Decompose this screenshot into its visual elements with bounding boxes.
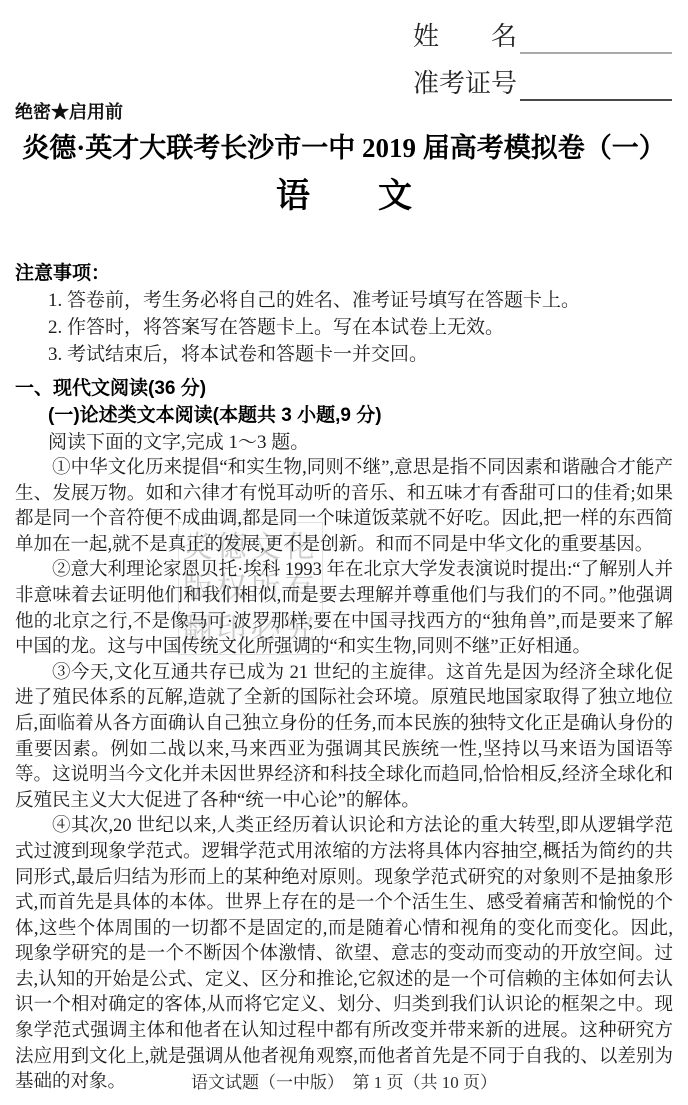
notice-heading: 注意事项： [15, 260, 673, 287]
passage-intro: 阅读下面的文字,完成 1～3 题。 [15, 429, 673, 456]
passage-paragraph-1: ①中华文化历来提倡“和实生物,同则不继”,意思是指不同因素和谐融合才能产生、发展… [15, 456, 673, 558]
passage-paragraph-3: ③今天,文化互通共存已成为 21 世纪的主旋律。这首先是因为经济全球化促进了殖民… [15, 661, 673, 815]
ticket-field-row: 准考证号 [413, 61, 672, 101]
ticket-field-label: 准考证号 [413, 67, 517, 101]
subject-title: 语 文 [0, 168, 688, 217]
passage-paragraph-2: ②意大利理论家恩贝托·埃科 1993 年在北京大学发表演说时提出:“了解别人并非… [15, 558, 673, 660]
name-fill-line [520, 22, 672, 54]
notice-item-3: 3. 考试结束后，将本试卷和答题卡一并交回。 [15, 341, 673, 368]
exam-paper-page: 炎德文化 版权所有 翻印必究 姓 名 准考证号 绝密★启用前 炎德·英才大联考长… [0, 0, 688, 1105]
reading-passage: ①中华文化历来提倡“和实生物,同则不继”,意思是指不同因素和谐融合才能产生、发展… [15, 456, 673, 1096]
passage-paragraph-4: ④其次,20 世纪以来,人类正经历着认识论和方法论的重大转型,即从逻辑学范式过渡… [15, 814, 673, 1096]
footer-page-info: 语文试题（一中版） 第 1 页（共 10 页） [0, 1068, 688, 1093]
candidate-info-fields: 姓 名 准考证号 [413, 14, 672, 108]
ticket-fill-line [520, 69, 672, 101]
name-field-row: 姓 名 [413, 14, 672, 54]
notice-item-2: 2. 作答时，将答案写在答题卡上。写在本试卷上无效。 [15, 314, 673, 341]
section-heading: 一、现代文阅读(36 分) [15, 375, 673, 402]
name-field-label: 姓 名 [413, 20, 517, 54]
exam-title: 炎德·英才大联考长沙市一中 2019 届高考模拟卷（一） [0, 126, 688, 165]
content-column: 注意事项： 1. 答卷前，考生务必将自己的姓名、准考证号填写在答题卡上。 2. … [15, 260, 673, 1096]
section-subheading: (一)论述类文本阅读(本题共 3 小题,9 分) [15, 402, 673, 429]
secrecy-label: 绝密★启用前 [15, 98, 123, 124]
notice-item-1: 1. 答卷前，考生务必将自己的姓名、准考证号填写在答题卡上。 [15, 287, 673, 314]
